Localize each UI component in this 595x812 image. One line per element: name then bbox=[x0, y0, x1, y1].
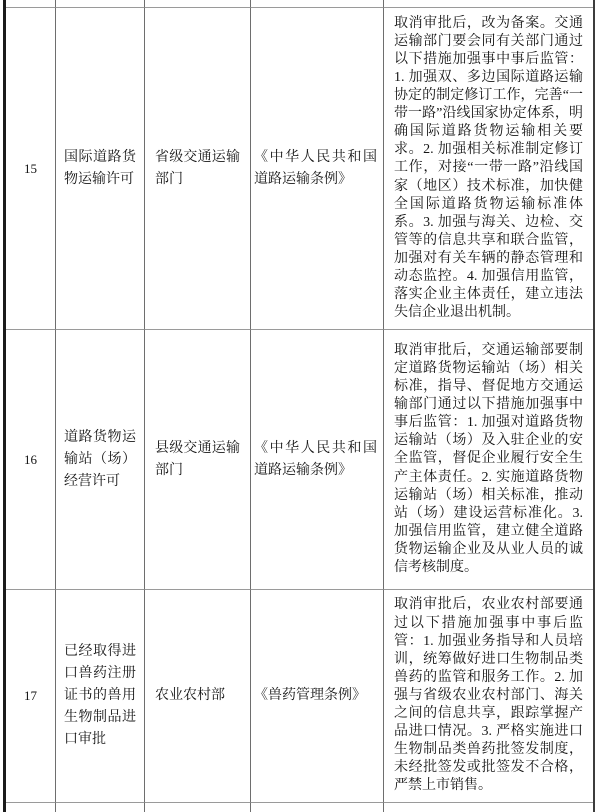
regulation-name: 《中华人民共和国道路运输条例》 bbox=[254, 438, 377, 482]
regulation-cell: 《兽药管理条例》 bbox=[251, 590, 384, 803]
regulation-cell: 《中华人民共和国道路运输条例》 bbox=[251, 330, 384, 590]
regulation-cell: 《中华人民共和国道路运输条例》 bbox=[251, 8, 384, 330]
department-name: 省级交通运输部门 bbox=[155, 147, 240, 191]
measures-text: 取消审批后，农业农村部要通过以下措施加强事中事后监管：1. 加强业务指导和人员培… bbox=[394, 596, 583, 795]
document-page: 15 国际道路货物运输许可 省级交通运输部门 《中华人民共和国道路运输条例》 取… bbox=[0, 0, 595, 812]
item-cell: 国际道路货物运输许可 bbox=[56, 8, 145, 330]
item-name: 国际道路货物运输许可 bbox=[64, 147, 136, 191]
partial-top-cell bbox=[384, 0, 593, 8]
item-name: 已经取得进口兽药注册证书的兽用生物制品进口审批 bbox=[64, 641, 136, 751]
partial-bottom-cell bbox=[6, 803, 56, 812]
partial-bottom-cell bbox=[384, 803, 593, 812]
department-cell: 县级交通运输部门 bbox=[145, 330, 251, 590]
measures-cell: 取消审批后，改为备案。交通运输部门要会同有关部门通过以下措施加强事中事后监管：1… bbox=[384, 8, 593, 330]
partial-top-cell bbox=[56, 0, 145, 8]
seq-number: 16 bbox=[24, 452, 37, 468]
department-cell: 农业农村部 bbox=[145, 590, 251, 803]
department-name: 农业农村部 bbox=[155, 685, 240, 707]
seq-cell: 16 bbox=[6, 330, 56, 590]
measures-text: 取消审批后，交通运输部要制定道路货物运输站（场）相关标准，指导、督促地方交通运输… bbox=[394, 342, 583, 577]
seq-number: 15 bbox=[24, 161, 37, 177]
item-cell: 已经取得进口兽药注册证书的兽用生物制品进口审批 bbox=[56, 590, 145, 803]
partial-bottom-cell bbox=[251, 803, 384, 812]
department-cell: 省级交通运输部门 bbox=[145, 8, 251, 330]
partial-top-cell bbox=[145, 0, 251, 8]
regulation-name: 《兽药管理条例》 bbox=[254, 685, 377, 707]
seq-cell: 15 bbox=[6, 8, 56, 330]
regulation-name: 《中华人民共和国道路运输条例》 bbox=[254, 147, 377, 191]
seq-cell: 17 bbox=[6, 590, 56, 803]
measures-cell: 取消审批后，交通运输部要制定道路货物运输站（场）相关标准，指导、督促地方交通运输… bbox=[384, 330, 593, 590]
partial-top-cell bbox=[251, 0, 384, 8]
approval-items-table: 15 国际道路货物运输许可 省级交通运输部门 《中华人民共和国道路运输条例》 取… bbox=[3, 0, 595, 812]
department-name: 县级交通运输部门 bbox=[155, 438, 240, 482]
partial-bottom-cell bbox=[56, 803, 145, 812]
partial-bottom-cell bbox=[145, 803, 251, 812]
measures-text: 取消审批后，改为备案。交通运输部门要会同有关部门通过以下措施加强事中事后监管：1… bbox=[394, 15, 583, 323]
measures-cell: 取消审批后，农业农村部要通过以下措施加强事中事后监管：1. 加强业务指导和人员培… bbox=[384, 590, 593, 803]
seq-number: 17 bbox=[24, 688, 37, 704]
item-cell: 道路货物运输站（场）经营许可 bbox=[56, 330, 145, 590]
item-name: 道路货物运输站（场）经营许可 bbox=[64, 427, 136, 493]
partial-top-cell bbox=[6, 0, 56, 8]
